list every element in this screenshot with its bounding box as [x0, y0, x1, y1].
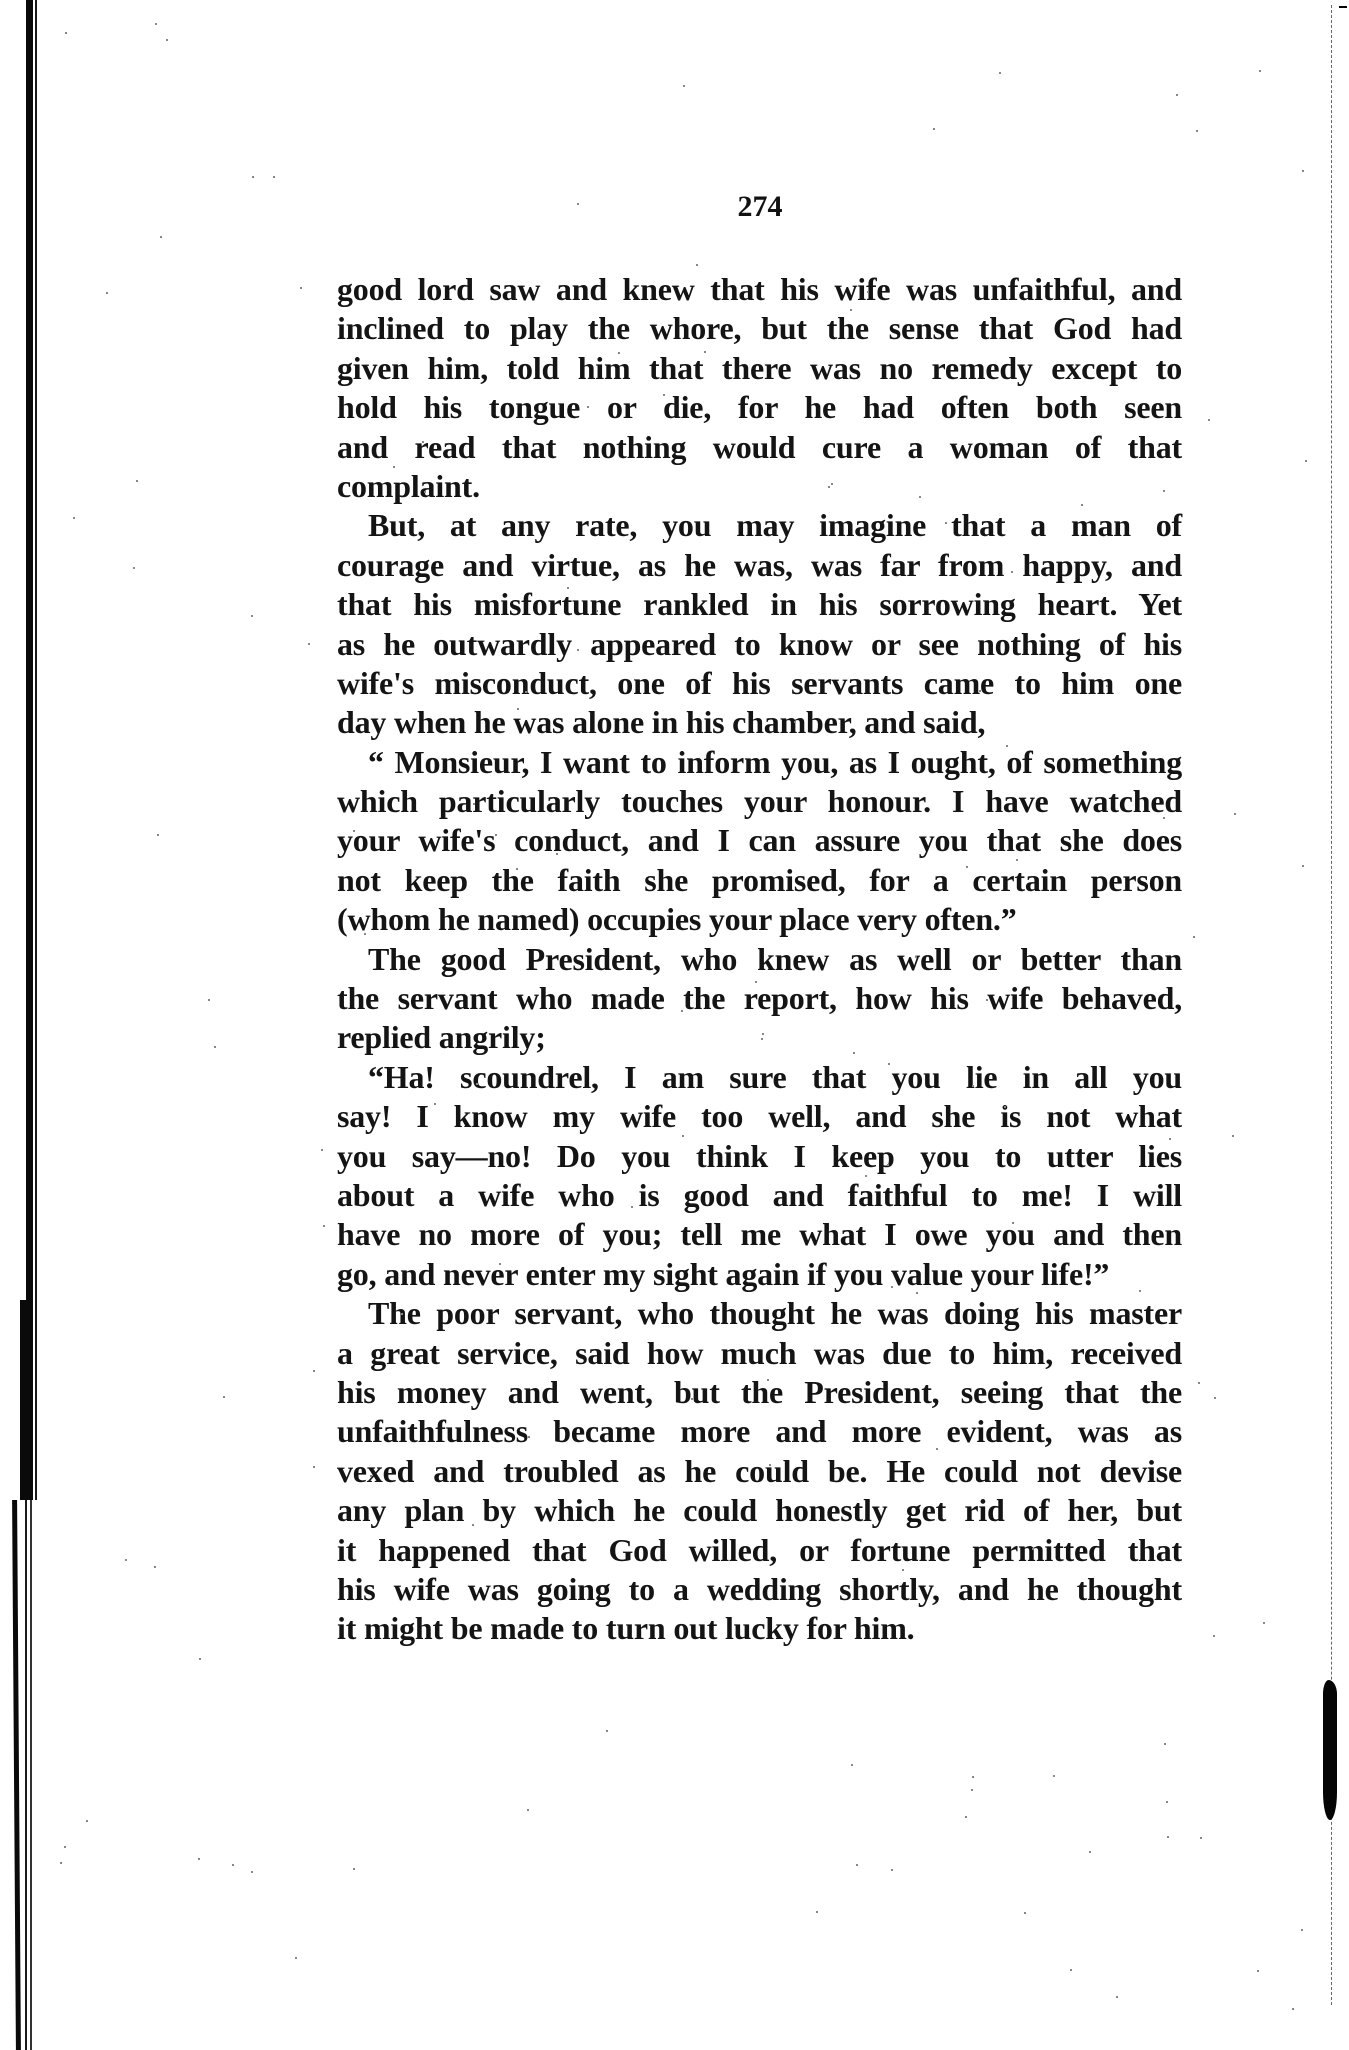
scan-speck — [1006, 745, 1008, 747]
text-line: good lord saw and knew that his wife was… — [337, 270, 1182, 309]
scan-speck — [476, 1083, 478, 1085]
scan-speck — [154, 1566, 156, 1568]
scan-speck — [986, 999, 988, 1001]
scan-speck — [1139, 1290, 1141, 1292]
scan-speck — [1116, 1996, 1118, 1998]
scan-speck — [1016, 859, 1018, 861]
scan-speck — [902, 1569, 904, 1571]
body-text: good lord saw and knew that his wife was… — [337, 270, 1182, 1649]
text-line: day when he was alone in his chamber, an… — [337, 703, 1182, 742]
scan-speck — [364, 933, 366, 935]
scan-speck — [704, 351, 706, 353]
scan-speck — [525, 691, 527, 693]
scan-speck — [300, 287, 302, 289]
scan-speck — [887, 1164, 889, 1166]
scan-speck — [1198, 1382, 1200, 1384]
binding-edge-line-lower-inner — [30, 1500, 32, 2050]
page-corner-mark — [1339, 6, 1347, 8]
scan-speck — [60, 1862, 62, 1864]
text-line: as he outwardly appeared to know or see … — [337, 625, 1182, 664]
scan-speck — [1167, 1836, 1169, 1838]
scan-speck — [199, 1658, 201, 1660]
scan-speck — [353, 1868, 355, 1870]
scan-speck — [865, 1175, 867, 1177]
binding-edge-shadow-lower — [12, 1500, 21, 2050]
paragraph: The good President, who knew as well or … — [337, 940, 1182, 1058]
scan-speck — [606, 1730, 608, 1732]
scan-speck — [867, 291, 869, 293]
scan-speck — [919, 496, 921, 498]
scan-speck — [1259, 70, 1261, 72]
scan-speck — [556, 853, 558, 855]
scan-speck — [273, 176, 275, 178]
scan-speck — [1012, 1222, 1014, 1224]
scan-speck — [816, 1911, 818, 1913]
scan-ink-blot — [1323, 1680, 1337, 1820]
scan-speck — [856, 1864, 858, 1866]
text-line: say! I know my wife too well, and she is… — [337, 1097, 1182, 1136]
scan-speck — [1004, 1106, 1006, 1108]
scan-speck — [517, 708, 519, 710]
scan-speck — [1070, 1969, 1072, 1971]
scan-speck — [972, 1085, 974, 1087]
scan-speck — [516, 868, 518, 870]
scan-speck — [891, 1869, 893, 1871]
scan-speck — [971, 1789, 973, 1791]
text-line: wife's misconduct, one of his servants c… — [337, 664, 1182, 703]
text-line: it happened that God willed, or fortune … — [337, 1531, 1182, 1570]
scan-speck — [663, 394, 665, 396]
scan-speck — [1106, 685, 1108, 687]
paragraph: “ Monsieur, I want to inform you, as I o… — [337, 743, 1182, 940]
text-line: which particularly touches your honour. … — [337, 782, 1182, 821]
scan-speck — [353, 830, 355, 832]
paragraph: The poor servant, who thought he was doi… — [337, 1294, 1182, 1649]
text-line: it might be made to turn out lucky for h… — [337, 1609, 1182, 1648]
scan-speck — [198, 1858, 200, 1860]
binding-edge-line — [35, 0, 37, 1500]
binding-edge-line-lower — [25, 1500, 27, 2050]
scan-speck — [567, 587, 569, 589]
scan-speck — [1164, 1743, 1166, 1745]
scan-speck — [831, 483, 833, 485]
text-line: go, and never enter my sight again if yo… — [337, 1255, 1182, 1294]
scan-speck — [1232, 1135, 1234, 1137]
scan-speck — [936, 1448, 938, 1450]
scan-speck — [136, 480, 138, 482]
paragraph: “Ha! scoundrel, I am sure that you lie i… — [337, 1058, 1182, 1294]
scan-speck — [393, 466, 395, 468]
scan-speck — [828, 486, 830, 488]
scan-speck — [223, 1396, 225, 1398]
scan-speck — [891, 1286, 893, 1288]
scanned-book-page: 274 good lord saw and knew that his wife… — [0, 0, 1349, 2050]
scan-speck — [762, 1033, 764, 1035]
scan-speck — [1163, 490, 1165, 492]
text-line: not keep the faith she promised, for a c… — [337, 861, 1182, 900]
scan-speck — [1169, 1138, 1171, 1140]
text-line: you say—no! Do you think I keep you to u… — [337, 1137, 1182, 1176]
scan-speck — [64, 1846, 66, 1848]
scan-speck — [434, 1103, 436, 1105]
text-line: his wife was going to a wedding shortly,… — [337, 1570, 1182, 1609]
scan-speck — [528, 1436, 530, 1438]
scan-speck — [232, 1864, 234, 1866]
scan-speck — [1263, 1622, 1265, 1624]
scan-speck — [65, 32, 67, 34]
scan-speck — [577, 203, 579, 205]
scan-speck — [681, 1010, 683, 1012]
scan-speck — [608, 994, 610, 996]
scan-speck — [1234, 813, 1236, 815]
scan-speck — [1257, 1970, 1259, 1972]
scan-speck — [1024, 1912, 1026, 1914]
paragraph: good lord saw and knew that his wife was… — [337, 270, 1182, 506]
scan-speck — [999, 72, 1001, 74]
scan-speck — [1292, 2008, 1294, 2010]
scan-speck — [933, 128, 935, 130]
scan-speck — [1213, 1635, 1215, 1637]
scan-speck — [157, 834, 159, 836]
text-line: unfaithfulness became more and more evid… — [337, 1412, 1182, 1451]
scan-speck — [755, 981, 757, 983]
scan-speck — [106, 292, 108, 294]
scan-speck — [618, 352, 620, 354]
scan-speck — [761, 1038, 763, 1040]
scan-speck — [251, 615, 253, 617]
scan-speck — [125, 1559, 127, 1561]
scan-speck — [1163, 817, 1165, 819]
scan-speck — [1200, 1837, 1202, 1839]
scan-speck — [767, 1379, 769, 1381]
text-line: courage and virtue, as he was, was far f… — [337, 546, 1182, 585]
scan-speck — [160, 236, 162, 238]
scan-speck — [696, 264, 698, 266]
scan-speck — [1089, 1851, 1091, 1853]
scan-speck — [208, 999, 210, 1001]
scan-speck — [853, 1052, 855, 1054]
text-line: a great service, said how much was due t… — [337, 1334, 1182, 1373]
scan-speck — [972, 1776, 974, 1778]
scan-speck — [155, 23, 157, 25]
text-line: the servant who made the report, how his… — [337, 979, 1182, 1018]
text-line: that his misfortune rankled in his sorro… — [337, 585, 1182, 624]
scan-speck — [1193, 936, 1195, 938]
scan-speck — [495, 834, 497, 836]
scan-speck — [851, 1764, 853, 1766]
text-line: hold his tongue or die, for he had often… — [337, 388, 1182, 427]
text-line: (whom he named) occupies your place very… — [337, 900, 1182, 939]
scan-speck — [1208, 419, 1210, 421]
page-number: 274 — [0, 190, 1349, 224]
scan-speck — [1081, 504, 1083, 506]
scan-speck — [133, 567, 135, 569]
scan-speck — [691, 1398, 693, 1400]
scan-speck — [251, 1871, 253, 1873]
text-line: But, at any rate, you may imagine that a… — [337, 506, 1182, 545]
scan-speck — [1176, 94, 1178, 96]
text-line: replied angrily; — [337, 1018, 1182, 1057]
scan-speck — [794, 721, 796, 723]
scan-speck — [73, 517, 75, 519]
scan-speck — [321, 1149, 323, 1151]
scan-speck — [577, 649, 579, 651]
scan-speck — [850, 309, 852, 311]
scan-speck — [683, 85, 685, 87]
scan-speck — [1196, 130, 1198, 132]
scan-speck — [1011, 571, 1013, 573]
text-line: his money and went, but the President, s… — [337, 1373, 1182, 1412]
scan-speck — [313, 1370, 315, 1372]
text-line: your wife's conduct, and I can assure yo… — [337, 821, 1182, 860]
scan-speck — [401, 1313, 403, 1315]
scan-speck — [587, 406, 589, 408]
scan-speck — [888, 1063, 890, 1065]
scan-speck — [945, 522, 947, 524]
text-line: “ Monsieur, I want to inform you, as I o… — [337, 743, 1182, 782]
scan-speck — [472, 1524, 474, 1526]
scan-speck — [86, 1820, 88, 1822]
scan-speck — [631, 1206, 633, 1208]
text-line: complaint. — [337, 467, 1182, 506]
paragraph: But, at any rate, you may imagine that a… — [337, 506, 1182, 742]
text-line: and read that nothing would cure a woman… — [337, 428, 1182, 467]
scan-speck — [313, 1466, 315, 1468]
scan-speck — [323, 1225, 325, 1227]
scan-speck — [1166, 1801, 1168, 1803]
scan-speck — [370, 1475, 372, 1477]
scan-speck — [308, 643, 310, 645]
scan-speck — [1302, 865, 1304, 867]
scan-speck — [1301, 1929, 1303, 1931]
scan-speck — [252, 176, 254, 178]
text-line: have no more of you; tell me what I owe … — [337, 1215, 1182, 1254]
scan-speck — [473, 803, 475, 805]
scan-speck — [166, 39, 168, 41]
scan-speck — [527, 1809, 529, 1811]
scan-speck — [915, 956, 917, 958]
text-line: about a wife who is good and faithful to… — [337, 1176, 1182, 1215]
binding-edge-shadow-transition — [20, 1300, 26, 1500]
scan-speck — [499, 1263, 501, 1265]
binding-edge-shadow — [26, 0, 33, 1500]
scan-speck — [295, 1957, 297, 1959]
scan-speck — [979, 690, 981, 692]
scan-speck — [1053, 1775, 1055, 1777]
scan-speck — [1305, 460, 1307, 462]
scan-speck — [682, 1135, 684, 1137]
text-line: The poor servant, who thought he was doi… — [337, 1294, 1182, 1333]
scan-speck — [214, 1046, 216, 1048]
scan-speck — [769, 1464, 771, 1466]
text-line: vexed and troubled as he could be. He co… — [337, 1452, 1182, 1491]
scan-speck — [1302, 170, 1304, 172]
scan-speck — [1214, 1397, 1216, 1399]
text-line: inclined to play the whore, but the sens… — [337, 309, 1182, 348]
scan-speck — [966, 866, 968, 868]
scan-speck — [884, 878, 886, 880]
scan-speck — [1032, 1548, 1034, 1550]
scan-speck — [422, 441, 424, 443]
text-line: “Ha! scoundrel, I am sure that you lie i… — [337, 1058, 1182, 1097]
text-line: given him, told him that there was no re… — [337, 349, 1182, 388]
scan-speck — [424, 491, 426, 493]
scan-speck — [596, 610, 598, 612]
scan-speck — [965, 1816, 967, 1818]
text-line: The good President, who knew as well or … — [337, 940, 1182, 979]
scan-speck — [916, 1292, 918, 1294]
text-line: any plan by which he could honestly get … — [337, 1491, 1182, 1530]
